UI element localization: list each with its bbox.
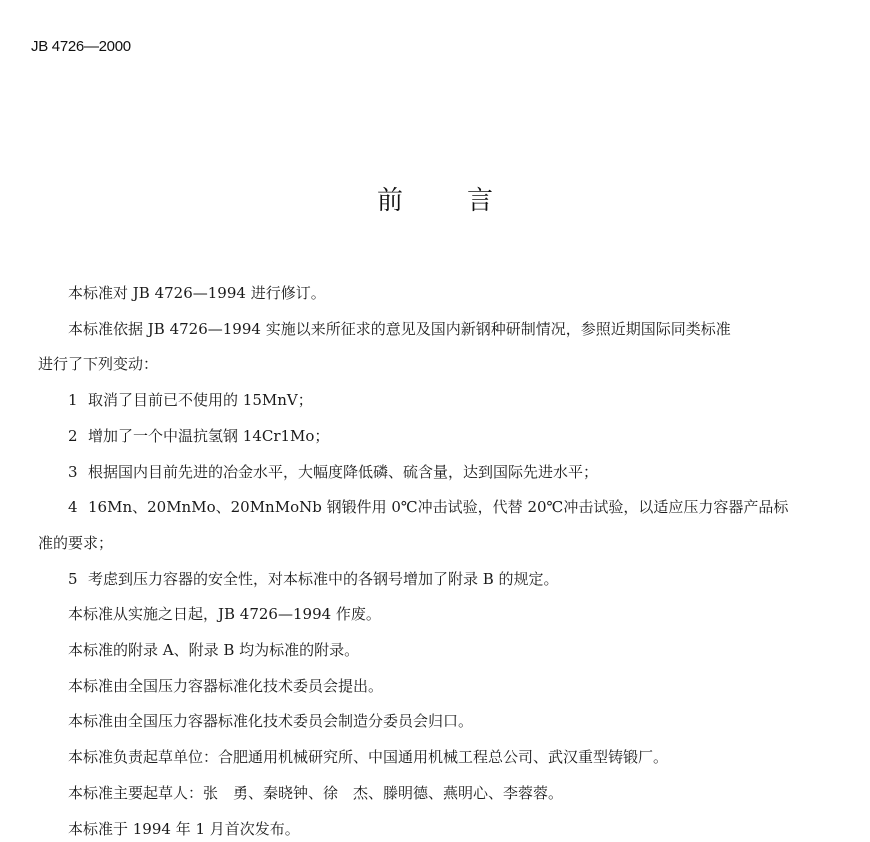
standard-code: JB 4726—2000 bbox=[31, 38, 131, 55]
change-item-1: 1取消了目前已不使用的 15MnV； bbox=[38, 383, 838, 419]
title-part-2: 言 bbox=[467, 186, 493, 216]
change-item-4: 416Mn、20MnMo、20MnMoNb 钢锻件用 0℃冲击试验，代替 20℃… bbox=[38, 490, 838, 526]
change-item-text: 16Mn、20MnMo、20MnMoNb 钢锻件用 0℃冲击试验，代替 20℃冲… bbox=[88, 498, 788, 516]
closing-paragraph-5: 本标准负责起草单位：合肥通用机械研究所、中国通用机械工程总公司、武汉重型铸锻厂。 bbox=[38, 740, 838, 776]
change-item-text: 增加了一个中温抗氢钢 14Cr1Mo； bbox=[88, 427, 329, 445]
document-body: 本标准对 JB 4726—1994 进行修订。 本标准依据 JB 4726—19… bbox=[38, 276, 838, 842]
closing-paragraph-2: 本标准的附录 A、附录 B 均为标准的附录。 bbox=[38, 633, 838, 669]
change-item-number: 5 bbox=[68, 562, 88, 598]
change-item-5: 5考虑到压力容器的安全性，对本标准中的各钢号增加了附录 B 的规定。 bbox=[38, 562, 838, 598]
title-part-1: 前 bbox=[377, 186, 403, 216]
change-item-4-continuation: 准的要求； bbox=[38, 526, 838, 562]
change-item-text: 根据国内目前先进的冶金水平，大幅度降低磷、硫含量，达到国际先进水平； bbox=[88, 463, 598, 481]
intro-paragraph-2-line-1: 本标准依据 JB 4726—1994 实施以来所征求的意见及国内新钢种研制情况，… bbox=[38, 312, 838, 348]
change-item-3: 3根据国内目前先进的冶金水平，大幅度降低磷、硫含量，达到国际先进水平； bbox=[38, 455, 838, 491]
closing-paragraph-1: 本标准从实施之日起，JB 4726—1994 作废。 bbox=[38, 597, 838, 633]
change-item-text: 考虑到压力容器的安全性，对本标准中的各钢号增加了附录 B 的规定。 bbox=[88, 570, 559, 588]
intro-paragraph-1: 本标准对 JB 4726—1994 进行修订。 bbox=[38, 276, 838, 312]
closing-paragraph-6: 本标准主要起草人：张 勇、秦晓钟、徐 杰、滕明德、燕明心、李蓉蓉。 bbox=[38, 776, 838, 812]
closing-paragraph-3: 本标准由全国压力容器标准化技术委员会提出。 bbox=[38, 669, 838, 705]
changes-list: 1取消了目前已不使用的 15MnV； 2增加了一个中温抗氢钢 14Cr1Mo； … bbox=[38, 383, 838, 597]
change-item-2: 2增加了一个中温抗氢钢 14Cr1Mo； bbox=[38, 419, 838, 455]
change-item-number: 2 bbox=[68, 419, 88, 455]
closing-paragraph-4: 本标准由全国压力容器标准化技术委员会制造分委员会归口。 bbox=[38, 704, 838, 740]
change-item-text: 取消了目前已不使用的 15MnV； bbox=[88, 391, 313, 409]
change-item-number: 4 bbox=[68, 490, 88, 526]
change-item-number: 3 bbox=[68, 455, 88, 491]
intro-paragraph-2-line-2: 进行了下列变动： bbox=[38, 347, 838, 383]
change-item-number: 1 bbox=[68, 383, 88, 419]
closing-paragraph-7: 本标准于 1994 年 1 月首次发布。 bbox=[38, 812, 838, 842]
page-title: 前言 bbox=[0, 180, 870, 217]
